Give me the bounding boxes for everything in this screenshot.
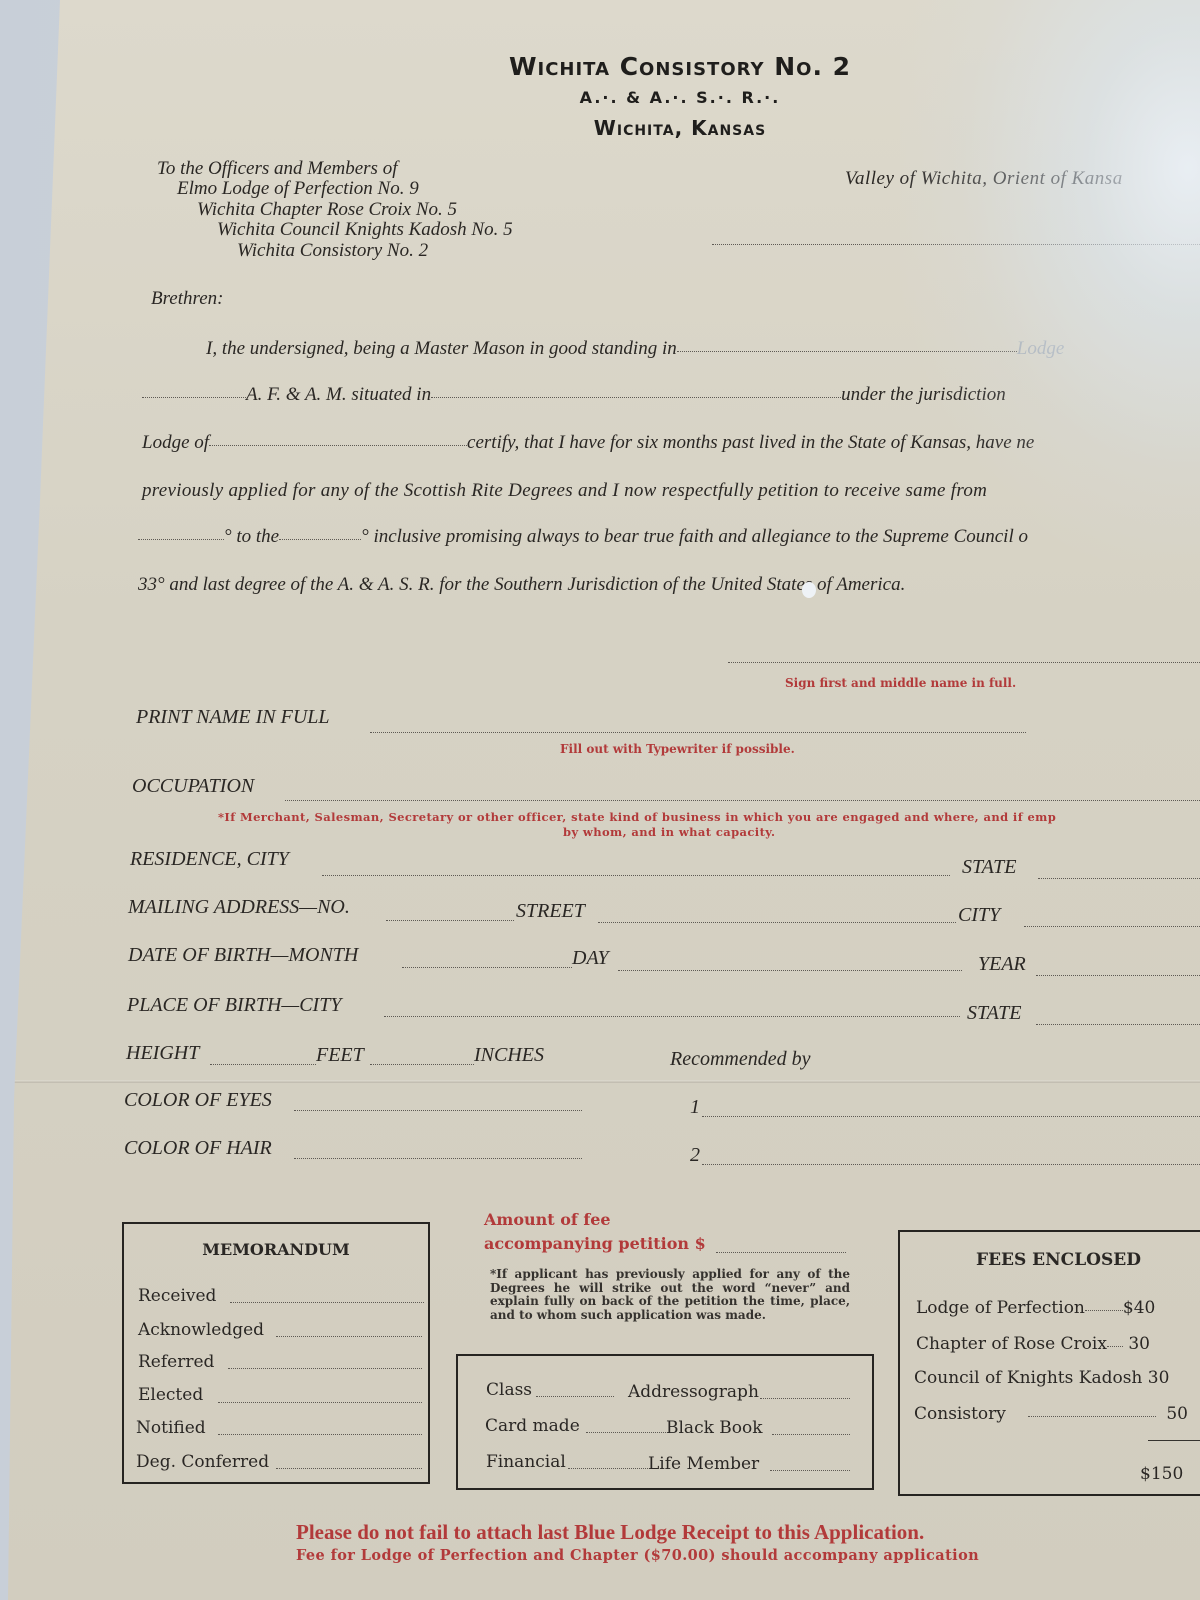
paper-fold-crease (10, 1080, 1200, 1083)
lodge-number-field[interactable] (142, 396, 246, 398)
fee-accompany-notice: Fee for Lodge of Perfection and Chapter … (296, 1547, 979, 1564)
dob-month-field[interactable] (402, 967, 572, 968)
feet-label: FEET (316, 1044, 364, 1067)
recommender-2-number: 2 (690, 1144, 700, 1167)
memo-notified-label: Notified (136, 1418, 206, 1438)
dob-year-label: YEAR (978, 953, 1026, 976)
residence-city-label: RESIDENCE, CITY (130, 848, 289, 871)
petition-line-3: Lodge ofcertify, that I have for six mon… (142, 432, 1034, 454)
petition-line-5: ° to the° inclusive promising always to … (138, 526, 1028, 548)
dob-day-field[interactable] (618, 970, 962, 971)
address-line-2: Elmo Lodge of Perfection No. 9 (177, 178, 419, 200)
height-feet-field[interactable] (210, 1064, 316, 1065)
recommender-2-field[interactable] (702, 1164, 1200, 1165)
grand-lodge-field[interactable] (209, 444, 467, 446)
degree-from-field[interactable] (138, 538, 224, 540)
occupation-note-line-2: by whom, and in what capacity. (563, 825, 775, 839)
mailing-city-field[interactable] (1024, 926, 1200, 927)
memo-received-label: Received (138, 1286, 216, 1306)
petition-line-6: 33° and last degree of the A. & A. S. R.… (138, 574, 905, 596)
recommender-1-number: 1 (690, 1096, 700, 1119)
prior-application-footnote: *If applicant has previously applied for… (490, 1268, 850, 1322)
residence-state-field[interactable] (1038, 878, 1200, 879)
blue-lodge-name-field[interactable] (677, 350, 1017, 352)
memo-degree-conferred-label: Deg. Conferred (136, 1452, 269, 1472)
petition-line-2: A. F. & A. M. situated inunder the juris… (142, 384, 1006, 406)
residence-state-label: STATE (962, 856, 1016, 879)
memorandum-box: MEMORANDUM Received Acknowledged Referre… (122, 1222, 430, 1484)
fee-total: $150 (1140, 1464, 1183, 1484)
class-field[interactable] (536, 1396, 614, 1397)
signature-note: Sign first and middle name in full. (785, 676, 1016, 690)
mailing-street-field[interactable] (598, 922, 956, 923)
memo-elected-label: Elected (138, 1385, 203, 1405)
mailing-no-field[interactable] (386, 920, 514, 921)
address-line-1: To the Officers and Members of (157, 158, 397, 180)
mailing-no-label: MAILING ADDRESS—NO. (128, 896, 350, 919)
dob-month-label: DATE OF BIRTH—MONTH (128, 944, 358, 967)
inches-label: INCHES (474, 1044, 544, 1067)
pob-city-field[interactable] (384, 1016, 960, 1017)
occupation-note-line-1: *If Merchant, Salesman, Secretary or oth… (218, 810, 1056, 824)
residence-city-field[interactable] (322, 875, 950, 876)
memo-received-field[interactable] (230, 1302, 424, 1303)
occupation-field[interactable] (285, 800, 1200, 801)
pob-city-label: PLACE OF BIRTH—CITY (127, 994, 341, 1017)
lodge-location-field[interactable] (431, 396, 841, 398)
location-heading: Wichita, Kansas (470, 116, 890, 140)
address-line-4: Wichita Council Knights Kadosh No. 5 (217, 219, 513, 241)
dob-day-label: DAY (572, 947, 609, 970)
addressograph-label: Addressograph (628, 1382, 759, 1402)
black-book-label: Black Book (666, 1418, 763, 1438)
punch-hole (802, 582, 816, 598)
fee-amount-label-1: Amount of fee (484, 1210, 611, 1229)
mailing-street-label: STREET (516, 900, 585, 923)
fee-amount-field[interactable] (716, 1252, 846, 1253)
print-name-label: PRINT NAME IN FULL (136, 706, 330, 729)
fee-amount-label-2: accompanying petition $ (484, 1234, 706, 1253)
financial-field[interactable] (568, 1468, 648, 1469)
typewriter-note: Fill out with Typewriter if possible. (560, 742, 795, 756)
date-field[interactable] (712, 244, 1200, 245)
degree-to-field[interactable] (279, 538, 361, 540)
recommender-1-field[interactable] (702, 1116, 1200, 1117)
memorandum-title: MEMORANDUM (124, 1240, 428, 1259)
total-rule (1148, 1440, 1200, 1441)
memo-degree-conferred-field[interactable] (276, 1468, 422, 1469)
fees-enclosed-box: FEES ENCLOSED Lodge of Perfection$40 Cha… (898, 1230, 1200, 1496)
fee-consistory: Consistory 50 (914, 1404, 1188, 1424)
height-inches-field[interactable] (370, 1064, 474, 1065)
signature-field[interactable] (728, 662, 1200, 663)
blue-lodge-receipt-notice: Please do not fail to attach last Blue L… (296, 1520, 924, 1545)
plastic-sleeve-glare (900, 0, 1200, 560)
hair-color-field[interactable] (294, 1158, 582, 1159)
address-line-3: Wichita Chapter Rose Croix No. 5 (197, 199, 457, 221)
fee-chapter-rose-croix: Chapter of Rose Croix 30 (916, 1334, 1150, 1354)
memo-acknowledged-label: Acknowledged (138, 1320, 264, 1340)
memo-notified-field[interactable] (218, 1434, 422, 1435)
class-label: Class (486, 1380, 532, 1400)
dob-year-field[interactable] (1036, 975, 1200, 976)
fees-enclosed-title: FEES ENCLOSED (976, 1250, 1141, 1270)
addressograph-field[interactable] (760, 1398, 850, 1399)
card-made-label: Card made (485, 1416, 580, 1436)
memo-referred-label: Referred (138, 1352, 214, 1372)
consistory-title: Wichita Consistory No. 2 (470, 52, 890, 81)
eye-color-field[interactable] (294, 1110, 582, 1111)
eye-color-label: COLOR OF EYES (124, 1089, 272, 1112)
life-member-label: Life Member (648, 1454, 759, 1474)
height-label: HEIGHT (126, 1042, 199, 1065)
memo-elected-field[interactable] (218, 1402, 422, 1403)
petition-form-paper: Wichita Consistory No. 2 A.·. & A.·. S.·… (0, 0, 1200, 1600)
rite-abbreviation: A.·. & A.·. S.·. R.·. (470, 88, 890, 107)
mailing-city-label: CITY (958, 904, 1000, 927)
card-made-field[interactable] (586, 1432, 666, 1433)
petition-line-1: I, the undersigned, being a Master Mason… (206, 338, 1064, 360)
occupation-label: OCCUPATION (132, 775, 254, 798)
hair-color-label: COLOR OF HAIR (124, 1137, 272, 1160)
life-member-field[interactable] (770, 1470, 850, 1471)
pob-state-label: STATE (967, 1002, 1021, 1025)
salutation: Brethren: (151, 288, 223, 310)
memo-referred-field[interactable] (228, 1368, 422, 1369)
pob-state-field[interactable] (1036, 1024, 1200, 1025)
print-name-field[interactable] (370, 732, 1026, 733)
black-book-field[interactable] (772, 1434, 850, 1435)
memo-acknowledged-field[interactable] (276, 1336, 422, 1337)
office-use-box: Class Addressograph Card made Black Book… (456, 1354, 874, 1490)
financial-label: Financial (486, 1452, 566, 1472)
photo-background: Wichita Consistory No. 2 A.·. & A.·. S.·… (0, 0, 1200, 1600)
fee-lodge-of-perfection: Lodge of Perfection$40 (916, 1298, 1155, 1318)
address-line-5: Wichita Consistory No. 2 (237, 240, 428, 262)
recommended-by-label: Recommended by (670, 1048, 811, 1071)
fee-council-knights-kadosh: Council of Knights Kadosh 30 (914, 1368, 1169, 1388)
petition-line-4: previously applied for any of the Scotti… (142, 480, 987, 502)
valley-orient-text: Valley of Wichita, Orient of Kansa (845, 168, 1123, 190)
